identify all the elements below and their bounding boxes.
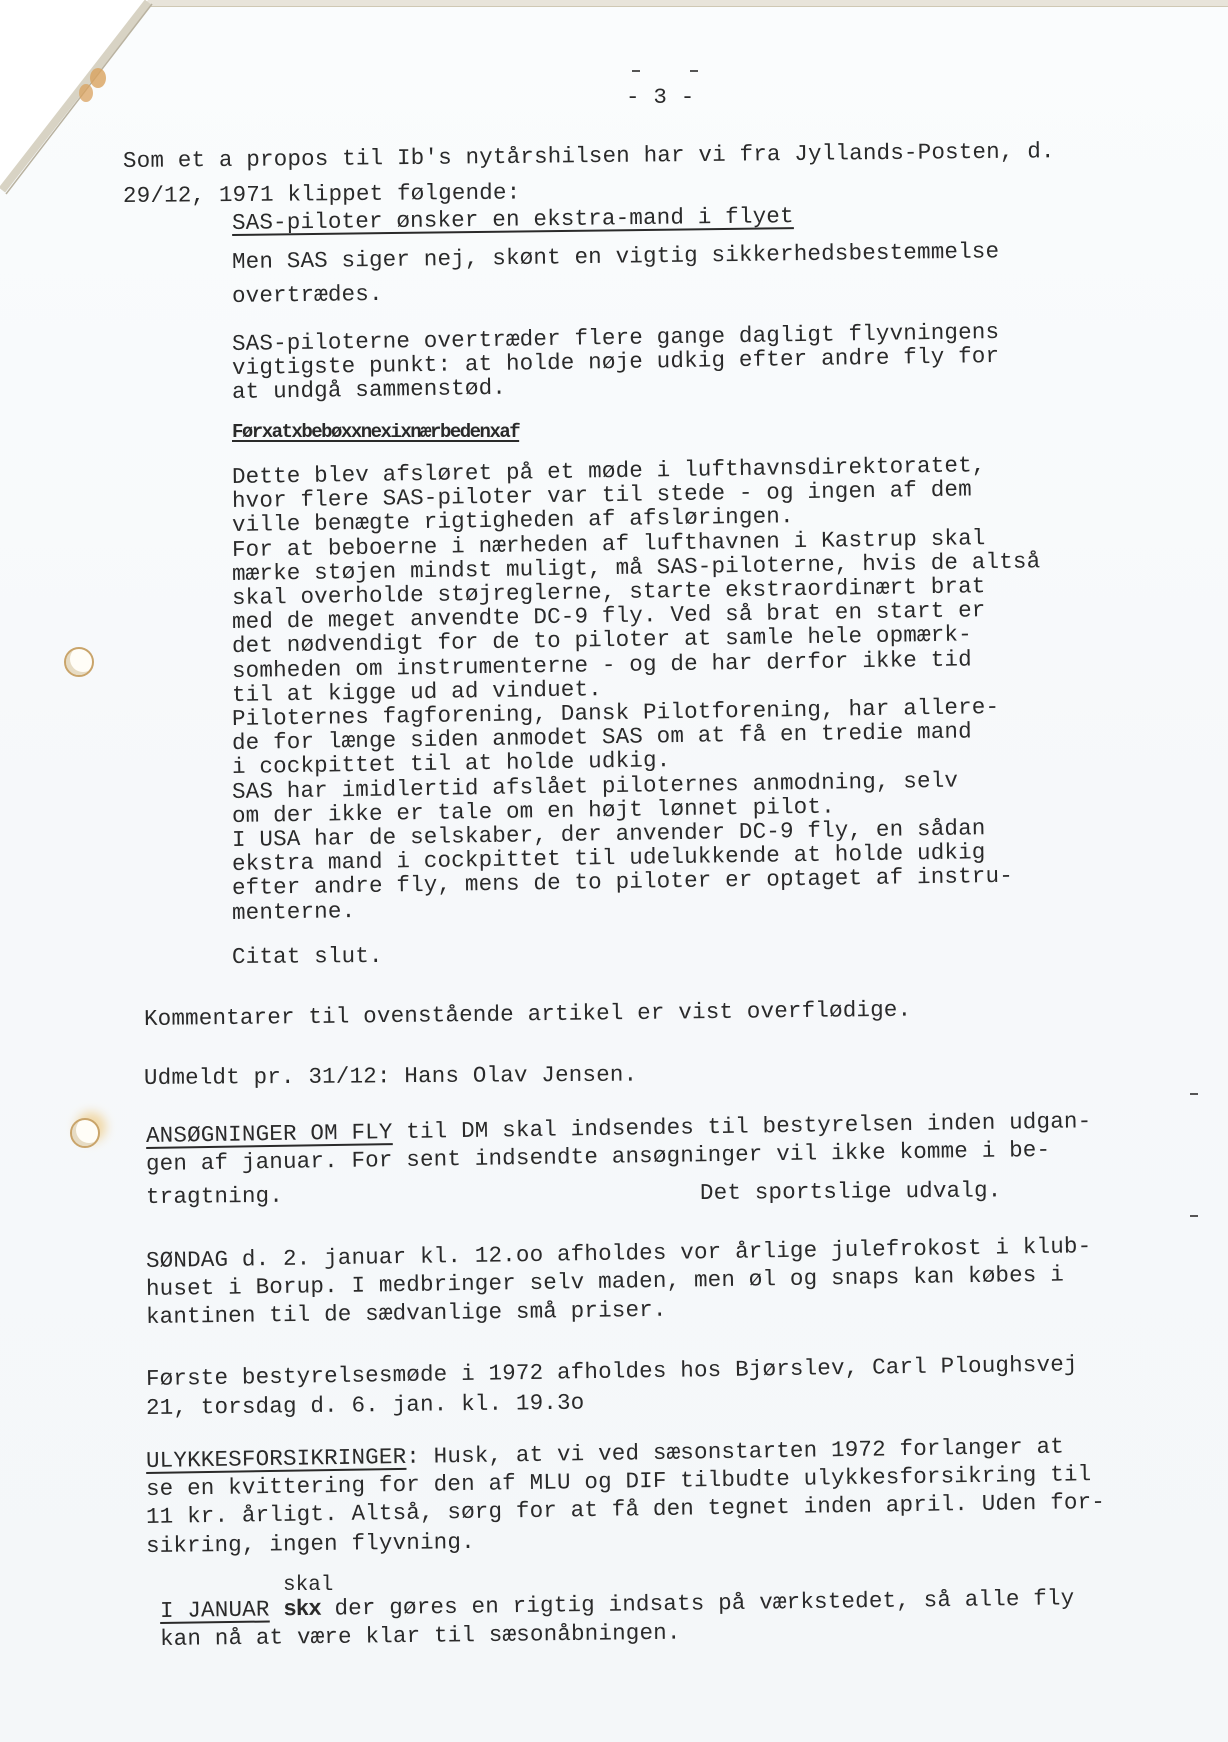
- workshop-line: kan nå at være klar til sæsonåbningen.: [160, 1622, 681, 1651]
- article-paragraph: at undgå sammenstød.: [232, 377, 506, 404]
- inserted-word: skal: [283, 1574, 333, 1597]
- article-subheading: Men SAS siger nej, skønt en vigtig sikke…: [232, 240, 1000, 273]
- applications-line: tragtning.: [146, 1185, 283, 1209]
- workshop-heading: I JANUAR: [160, 1596, 270, 1624]
- insurance-heading: ULYKKESFORSIKRINGER: [146, 1444, 407, 1474]
- stray-mark: [1190, 1093, 1198, 1095]
- paper-top-edge: [145, 0, 1228, 7]
- hole-punch-mark: [64, 647, 94, 677]
- hole-punch-mark: [70, 1118, 100, 1148]
- comment-line: Kommentarer til ovenstående artikel er v…: [144, 999, 912, 1031]
- intro-line: Som et a propos til Ib's nytårshilsen ha…: [123, 140, 1055, 172]
- applications-heading: ANSØGNINGER OM FLY: [146, 1119, 393, 1149]
- crossed-out-line: Førxatxbebøxxnexixnærbedenxaf: [232, 423, 519, 442]
- insurance-line: sikring, ingen flyvning.: [146, 1531, 475, 1558]
- struck-word: skx: [283, 1596, 321, 1623]
- article-body-line: menterne.: [232, 900, 356, 924]
- page-number: - 3 -: [626, 86, 695, 109]
- lunch-line: kantinen til de sædvanlige små priser.: [146, 1299, 667, 1329]
- article-headline: SAS-piloter ønsker en ekstra-mand i flye…: [232, 205, 794, 234]
- stray-mark: [690, 70, 698, 72]
- board-meeting-line: 21, torsdag d. 6. jan. kl. 19.3o: [146, 1392, 585, 1420]
- applications-signature: Det sportslige udvalg.: [700, 1179, 1002, 1204]
- board-meeting-line: Første bestyrelsesmøde i 1972 afholdes h…: [146, 1353, 1078, 1390]
- article-subheading: overtrædes.: [232, 283, 383, 308]
- article-closing: Citat slut.: [232, 945, 383, 969]
- scanned-document-page: - 3 - Som et a propos til Ib's nytårshil…: [0, 0, 1228, 1742]
- resignation-line: Udmeldt pr. 31/12: Hans Olav Jensen.: [144, 1064, 637, 1090]
- stray-mark: [632, 70, 640, 72]
- intro-line: 29/12, 1971 klippet følgende:: [123, 182, 521, 208]
- stray-mark: [1190, 1215, 1198, 1217]
